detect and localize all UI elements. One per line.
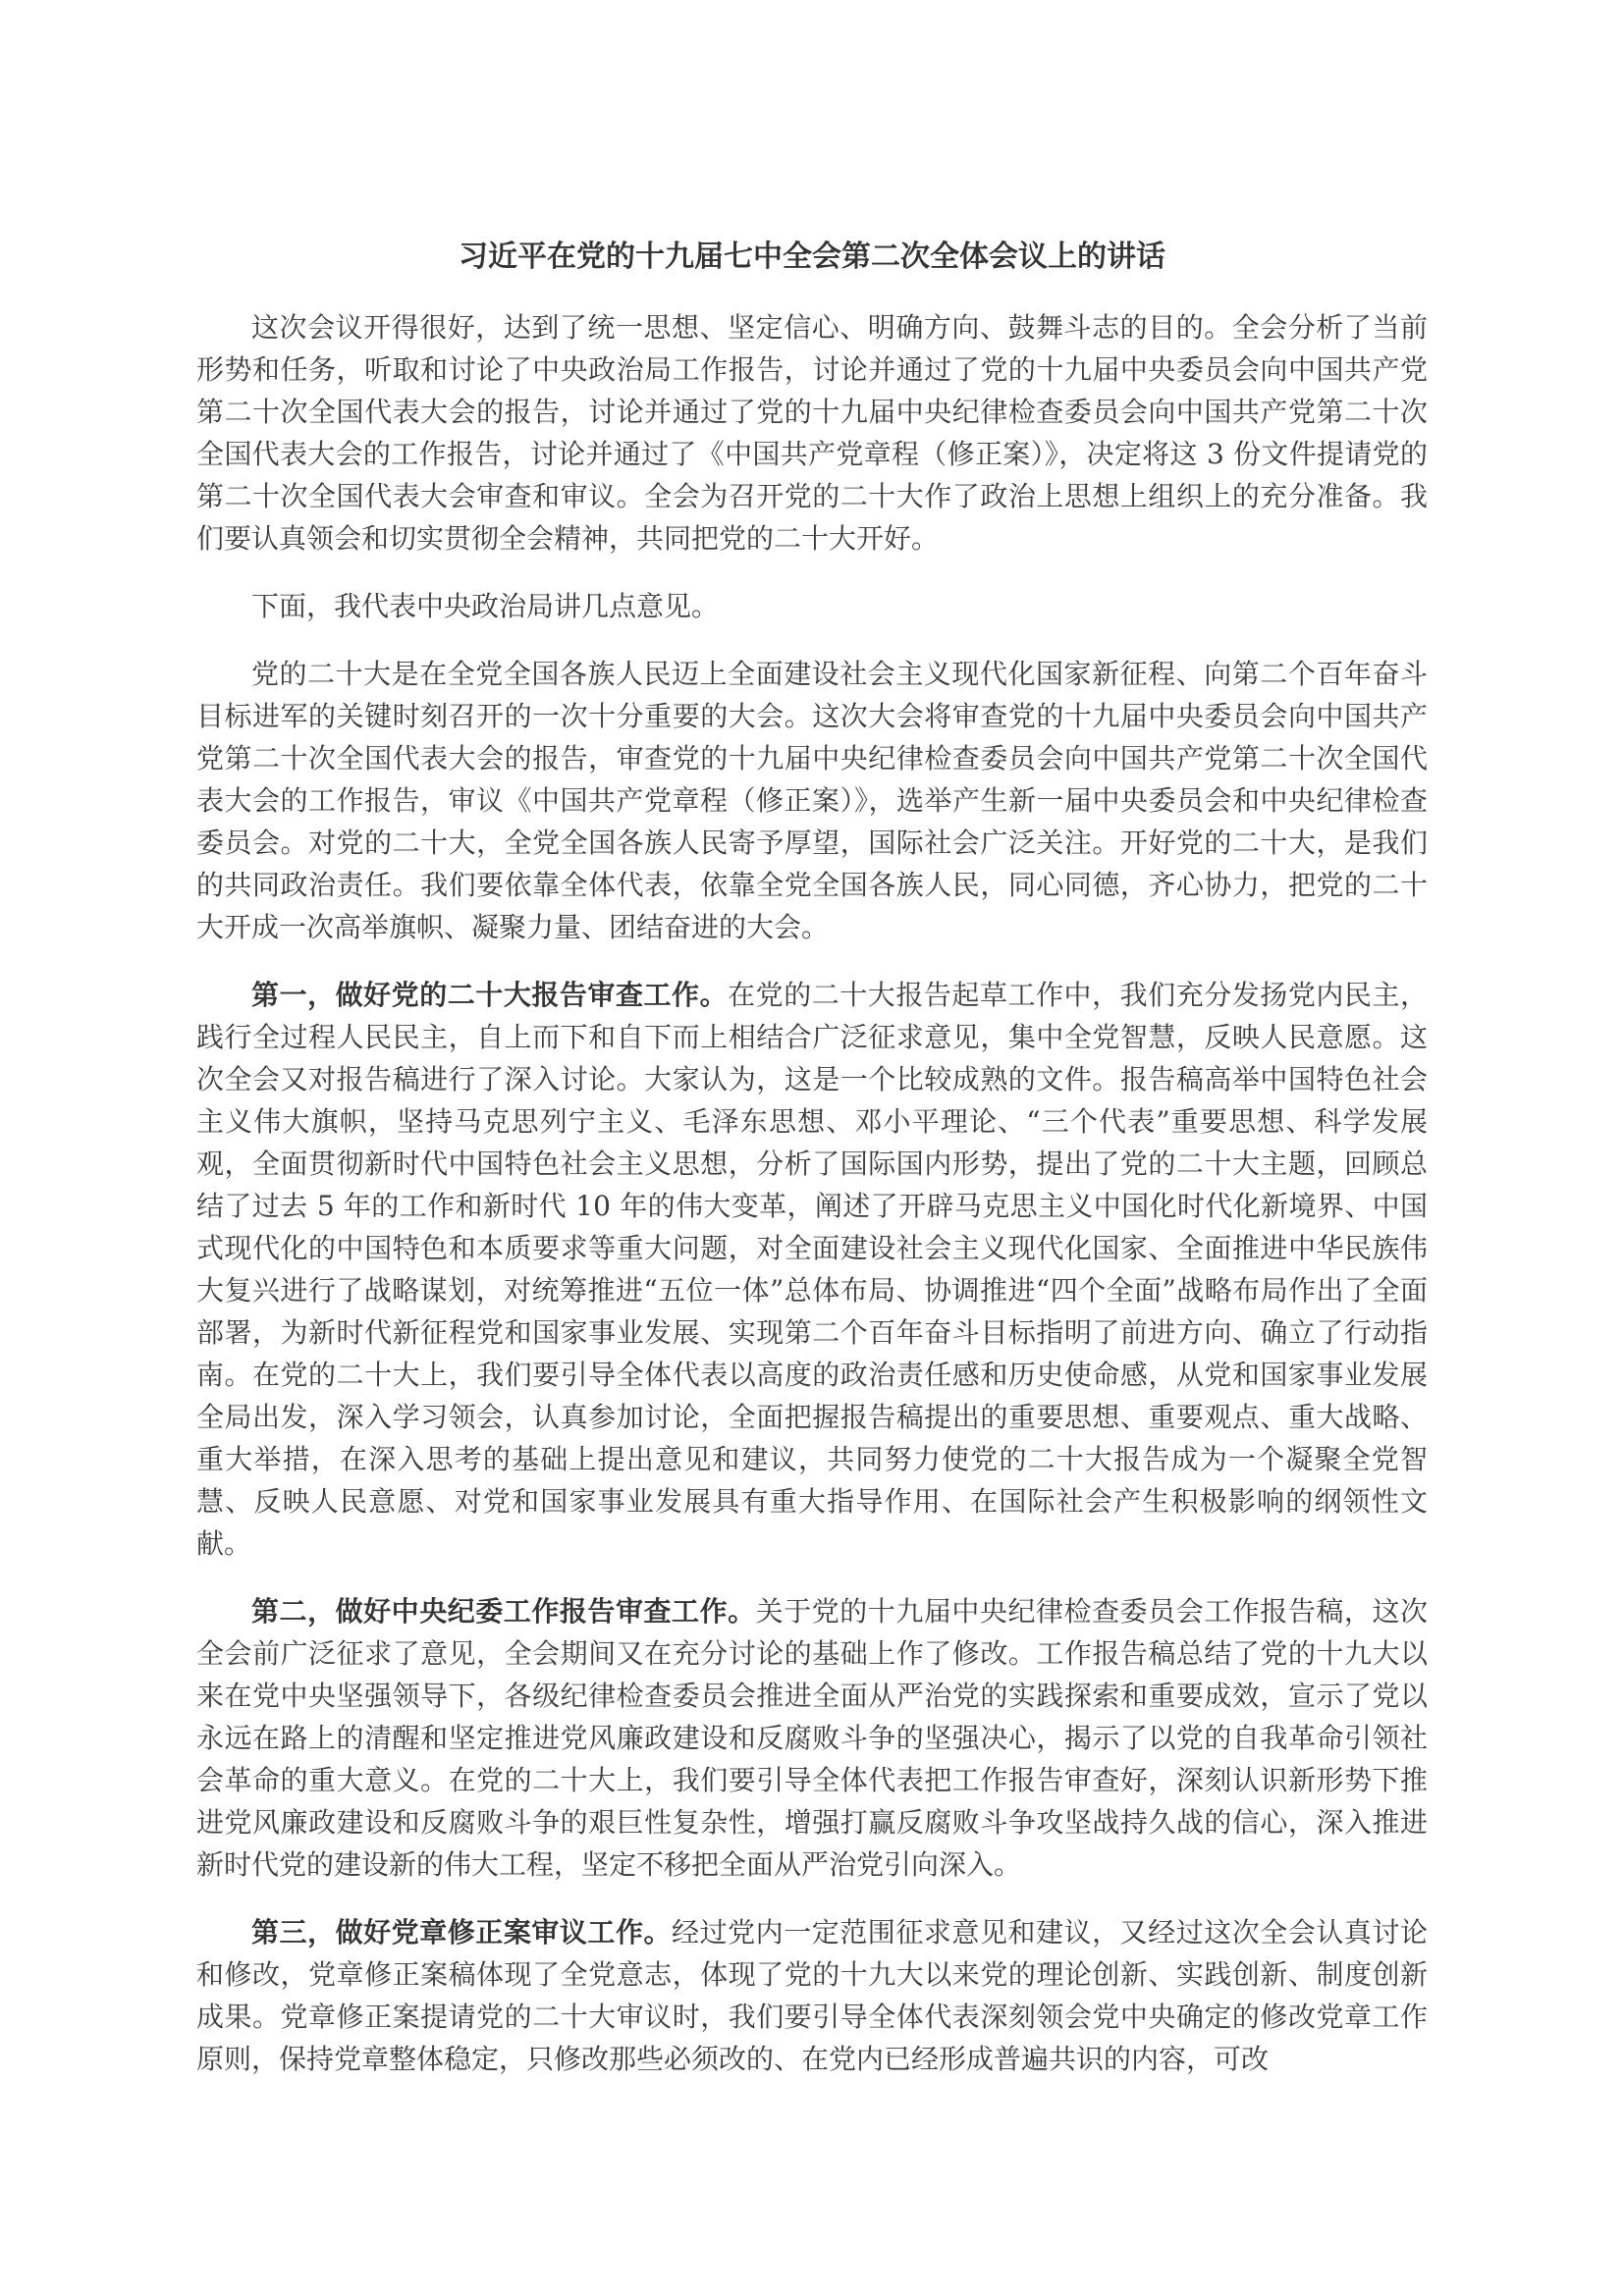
paragraph-text: 党的二十大是在全党全国各族人民迈上全面建设社会主义现代化国家新征程、向第二个百年…: [196, 658, 1428, 943]
paragraph-text: 这次会议开得很好，达到了统一思想、坚定信心、明确方向、鼓舞斗志的目的。全会分析了…: [196, 311, 1428, 555]
paragraph-5: 第二，做好中央纪委工作报告审查工作。关于党的十九届中央纪律检查委员会工作报告稿，…: [196, 1590, 1428, 1886]
paragraph-6: 第三，做好党章修正案审议工作。经过党内一定范围征求意见和建议，又经过这次全会认真…: [196, 1911, 1428, 2080]
paragraph-text: 下面，我代表中央政治局讲几点意见。: [251, 590, 719, 622]
paragraph-2: 下面，我代表中央政治局讲几点意见。: [196, 585, 1428, 627]
paragraph-1: 这次会议开得很好，达到了统一思想、坚定信心、明确方向、鼓舞斗志的目的。全会分析了…: [196, 306, 1428, 560]
document-page: 习近平在党的十九届七中全会第二次全体会议上的讲话 这次会议开得很好，达到了统一思…: [0, 0, 1624, 2296]
paragraph-4: 第一，做好党的二十大报告审查工作。在党的二十大报告起草工作中，我们充分发扬党内民…: [196, 974, 1428, 1565]
document-title: 习近平在党的十九届七中全会第二次全体会议上的讲话: [196, 238, 1428, 277]
paragraph-text: 关于党的十九届中央纪律检查委员会工作报告稿，这次全会前广泛征求了意见，全会期间又…: [196, 1595, 1428, 1881]
paragraph-3: 党的二十大是在全党全国各族人民迈上全面建设社会主义现代化国家新征程、向第二个百年…: [196, 653, 1428, 948]
paragraph-lead: 第三，做好党章修正案审议工作。: [251, 1916, 672, 1949]
paragraph-text: 在党的二十大报告起草工作中，我们充分发扬党内民主，践行全过程人民民主，自上而下和…: [196, 979, 1428, 1560]
paragraph-lead: 第二，做好中央纪委工作报告审查工作。: [251, 1595, 756, 1628]
paragraph-lead: 第一，做好党的二十大报告审查工作。: [251, 979, 728, 1011]
